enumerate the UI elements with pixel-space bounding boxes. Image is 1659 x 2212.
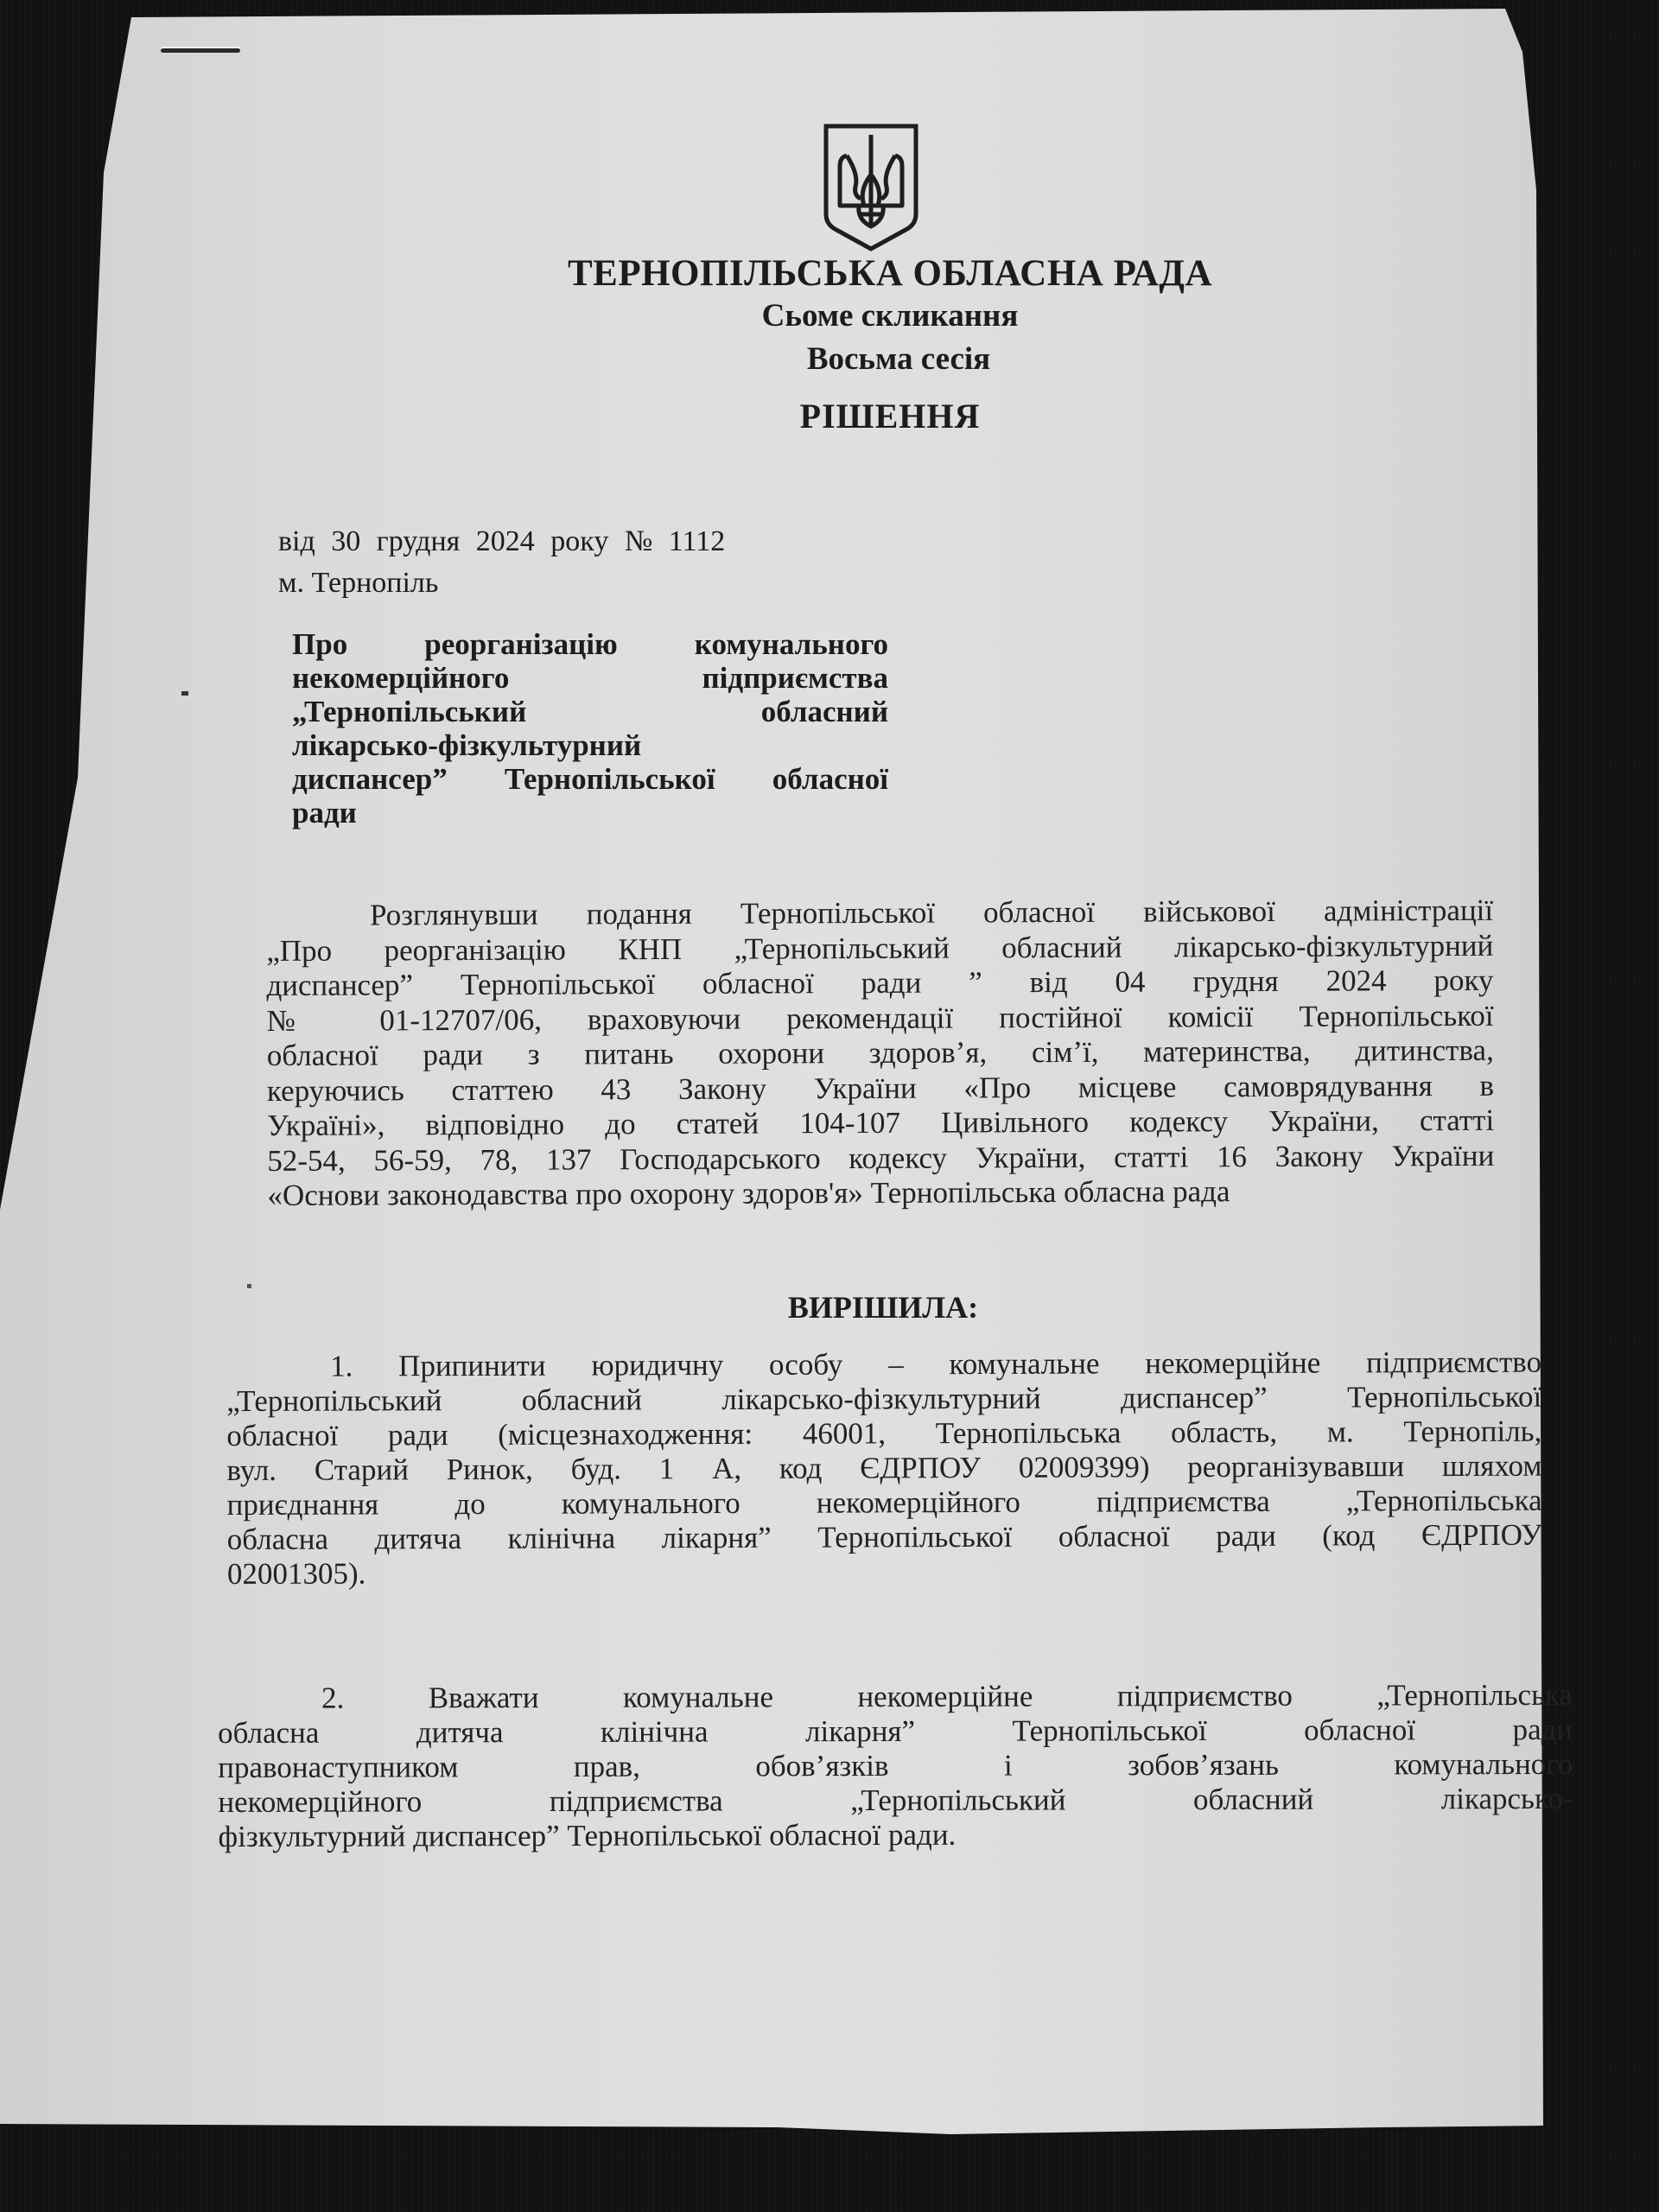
place-of-issue: м. Тернопіль (278, 567, 438, 600)
ink-speck (181, 691, 188, 696)
paragraph-line: «Основи законодавства про охорону здоров… (267, 1173, 1494, 1214)
paragraph-line: обласної ради з питань охорони здоров’я,… (267, 1033, 1494, 1074)
resolution-item-1: 1. Припинити юридичну особу – комунальне… (226, 1345, 1542, 1592)
paragraph-line: некомерційного підприємства „Тернопільсь… (218, 1782, 1573, 1820)
paragraph-line: обласної ради (місцезнаходження: 46001, … (226, 1414, 1541, 1453)
subject-line: ради (292, 796, 888, 829)
paragraph-line: фізкультурний диспансер” Тернопільської … (218, 1816, 1573, 1854)
paragraph-line: диспансер” Тернопільської обласної ради … (266, 963, 1493, 1004)
paragraph-line: № 01-12707/06, враховуючи рекомендації п… (267, 998, 1494, 1039)
paragraph-line: вул. Старий Ринок, буд. 1 А, код ЄДРПОУ … (226, 1449, 1541, 1488)
resolution-item-2: 2. Вважати комунальне некомерційне підпр… (218, 1678, 1573, 1854)
paragraph-line: правонаступником прав, обов’язків і зобо… (218, 1747, 1573, 1785)
ink-speck (247, 1284, 251, 1288)
subject-line: „Тернопільський обласний (292, 695, 888, 728)
resolved-heading: ВИРІШИЛА: (0, 1289, 1659, 1325)
staple (161, 48, 240, 53)
paragraph-line: 02001305). (227, 1553, 1542, 1592)
preamble-paragraph: Розглянувши подання Тернопільської облас… (266, 893, 1495, 1214)
subject-line: лікарсько-фізкультурний (292, 728, 888, 762)
subject-line: диспансер” Тернопільської обласної (292, 762, 888, 796)
organization-title: ТЕРНОПІЛЬСЬКА ОБЛАСНА РАДА (0, 252, 1659, 295)
paragraph-line: обласна дитяча клінічна лікарня” Тернопі… (227, 1518, 1542, 1557)
subject-line: некомерційного підприємства (292, 661, 888, 695)
paragraph-line: обласна дитяча клінічна лікарня” Тернопі… (218, 1713, 1573, 1751)
paragraph-line: 1. Припинити юридичну особу – комунальне… (226, 1345, 1541, 1384)
document-type-heading: РІШЕННЯ (0, 396, 1659, 436)
paragraph-line: „Про реорганізацію КНП „Тернопільський о… (266, 928, 1493, 969)
paragraph-line: „Тернопільський обласний лікарсько-фізку… (226, 1380, 1541, 1419)
date-and-number: від 30 грудня 2024 року № 1112 (278, 525, 725, 558)
paragraph-line: 52-54, 56-59, 78, 137 Господарського код… (267, 1138, 1494, 1179)
convocation-label: Сьоме скликання (0, 297, 1659, 334)
subject-line: Про реорганізацію комунального (292, 627, 888, 661)
decision-subject: Про реорганізацію комунального некомерці… (292, 627, 888, 829)
paragraph-line: Україні», відповідно до статей 104-107 Ц… (267, 1103, 1494, 1144)
paragraph-line: 2. Вважати комунальне некомерційне підпр… (218, 1678, 1573, 1716)
paragraph-line: керуючись статтею 43 Закону України «Про… (267, 1068, 1494, 1109)
paragraph-line: приєднання до комунального некомерційног… (227, 1484, 1542, 1522)
coat-of-arms-icon (821, 123, 921, 252)
paragraph-line: Розглянувши подання Тернопільської облас… (266, 893, 1493, 934)
session-label: Восьма сесія (0, 340, 1659, 378)
